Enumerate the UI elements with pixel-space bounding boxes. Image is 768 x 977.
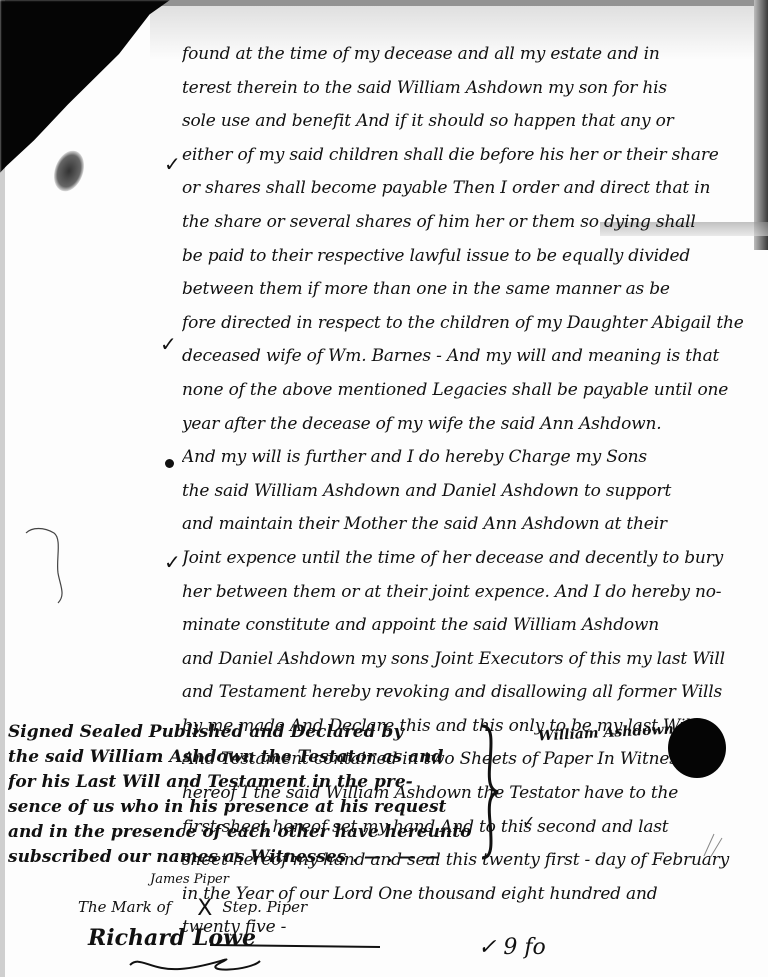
- pencil-scratch-icon: [700, 830, 730, 860]
- witness-mark-prefix: The Mark of: [78, 898, 171, 916]
- margin-check-icon: ✓: [160, 332, 177, 356]
- margin-check-icon: ✓: [164, 152, 181, 176]
- attestation-line: sence of us who in his presence at his r…: [8, 795, 488, 820]
- body-line: the share or several shares of him her o…: [182, 206, 767, 240]
- attestation-line: the said William Ashdown the Testator as…: [8, 745, 488, 770]
- body-line: Joint expence until the time of her dece…: [182, 542, 767, 576]
- body-line: year after the decease of my wife the sa…: [182, 408, 767, 442]
- body-line: be paid to their respective lawful issue…: [182, 240, 767, 274]
- witness-signature-2: The Mark ofXStep. Piper: [78, 896, 307, 921]
- folded-corner-shadow: [0, 0, 170, 180]
- attestation-line: and in the presence of each other have h…: [8, 820, 488, 845]
- body-line: minate constitute and appoint the said W…: [182, 609, 767, 643]
- body-line: deceased wife of Wm. Barnes - And my wil…: [182, 340, 767, 374]
- margin-check-icon: ✓: [164, 550, 181, 574]
- check-mark-icon: ✓: [522, 812, 535, 831]
- ink-smudge: [49, 146, 90, 195]
- body-line: between them if more than one in the sam…: [182, 273, 767, 307]
- body-line: sole use and benefit And if it should so…: [182, 105, 767, 139]
- curly-brace-icon: [478, 722, 502, 862]
- attestation-line: Signed Sealed Published and Declared by: [8, 720, 488, 745]
- attestation-line: subscribed our names as Witnesses . — . …: [8, 845, 488, 870]
- body-line: none of the above mentioned Legacies sha…: [182, 374, 767, 408]
- body-line: and Daniel Ashdown my sons Joint Executo…: [182, 643, 767, 677]
- attestation-clause: Signed Sealed Published and Declared by …: [8, 720, 488, 870]
- witness-mark-x-icon: X: [197, 896, 212, 921]
- margin-dot-icon: [165, 459, 174, 468]
- body-line: the said William Ashdown and Daniel Ashd…: [182, 475, 767, 509]
- body-line: fore directed in respect to the children…: [182, 307, 767, 341]
- document-page: found at the time of my decease and all …: [0, 0, 768, 977]
- witness-mark-name: Step. Piper: [222, 898, 307, 916]
- margin-pencil-mark-icon: [22, 525, 67, 605]
- body-line: And my will is further and I do hereby C…: [182, 441, 767, 475]
- body-line: and maintain their Mother the said Ann A…: [182, 508, 767, 542]
- body-line: found at the time of my decease and all …: [182, 38, 767, 72]
- attestation-line: for his Last Will and Testament in the p…: [8, 770, 488, 795]
- witness-signature-1: James Piper: [150, 872, 229, 887]
- folio-note: ✓ 9 fo: [478, 935, 546, 960]
- body-line: her between them or at their joint expen…: [182, 576, 767, 610]
- body-line: terest therein to the said William Ashdo…: [182, 72, 767, 106]
- wax-seal: [668, 718, 726, 778]
- body-line: either of my said children shall die bef…: [182, 139, 767, 173]
- body-line: and Testament hereby revoking and disall…: [182, 676, 767, 710]
- signature-flourish-icon: [90, 935, 390, 975]
- body-line: or shares shall become payable Then I or…: [182, 172, 767, 206]
